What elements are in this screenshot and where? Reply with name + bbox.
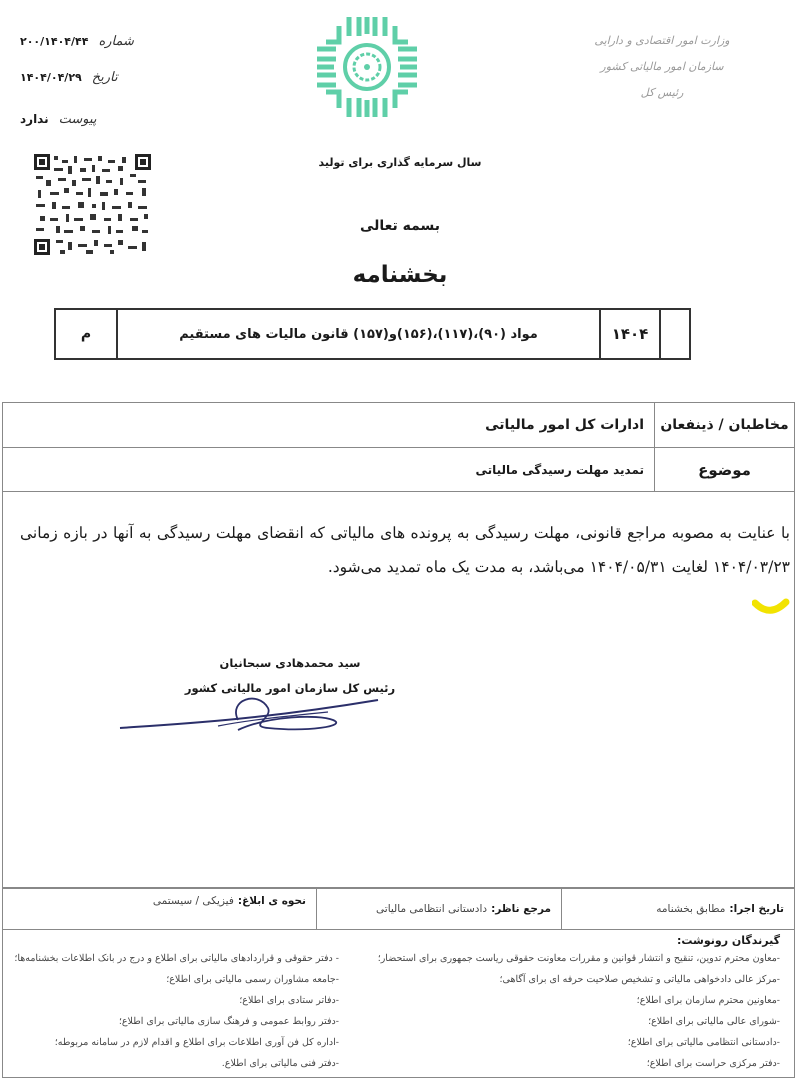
letter-attachment: پیوست ندارد [20, 108, 150, 130]
reference-year: ۱۴۰۴ [599, 310, 659, 358]
cc-item: -معاونین محترم سازمان برای اطلاع؛ [378, 990, 780, 1011]
cc-left-column: - دفتر حقوقی و قراردادهای مالیاتی برای ا… [14, 948, 339, 1074]
attachment-label: پیوست [59, 112, 97, 127]
date-value: ۱۴۰۴/۰۴/۲۹ [20, 71, 82, 84]
execution-date-cell: تاریخ اجرا: مطابق بخشنامه [561, 889, 794, 929]
supervisor-value: دادستانی انتظامی مالیاتی [376, 903, 487, 915]
number-label: شماره [98, 34, 133, 49]
reference-articles: مواد (۹۰)،(۱۱۷)،(۱۵۶)و(۱۵۷) قانون مالیات… [116, 310, 599, 358]
cc-item: - دفتر حقوقی و قراردادهای مالیاتی برای ا… [14, 948, 339, 969]
notification-cell: نحوه ی ابلاغ: فیزیکی / سیستمی [3, 889, 316, 929]
letter-date: تاریخ ۱۴۰۴/۰۴/۲۹ [20, 66, 170, 88]
highlight-mark-icon [752, 598, 790, 622]
date-label: تاریخ [92, 70, 118, 85]
cc-item: -دادستانی انتظامی مالیاتی برای اطلاع؛ [378, 1032, 780, 1053]
supervisor-label: مرجع ناظر: [491, 903, 551, 915]
cc-item: -معاون محترم تدوین، تنقیح و انتشار قوانی… [378, 948, 780, 969]
addressees-value: ادارات کل امور مالیاتی [3, 403, 654, 447]
notification-label: نحوه ی ابلاغ: [238, 895, 306, 907]
addressees-label: مخاطبان / ذینفعان [654, 403, 794, 447]
cc-item: -دفتر مرکزی حراست برای اطلاع؛ [378, 1053, 780, 1074]
cc-item: -دفتر فنی مالیاتی برای اطلاع. [14, 1053, 339, 1074]
main-content-box: مخاطبان / ذینفعان ادارات کل امور مالیاتی… [2, 402, 795, 888]
ministry-line-1: وزارت امور اقتصادی و دارایی [567, 28, 757, 54]
qr-code-icon [34, 154, 151, 255]
signature-icon [118, 690, 398, 744]
subject-value: تمدید مهلت رسیدگی مالیاتی [3, 448, 654, 491]
letter-number: شماره ۲۰۰/۱۴۰۴/۴۴ [20, 30, 170, 52]
document-type-title: بخشنامه [200, 262, 600, 288]
reference-blank-cell [659, 310, 689, 358]
supervisor-cell: مرجع ناظر: دادستانی انتظامی مالیاتی [316, 889, 561, 929]
invocation: بسمه تعالی [200, 218, 600, 234]
subject-label: موضوع [654, 448, 794, 491]
addressees-row: مخاطبان / ذینفعان ادارات کل امور مالیاتی [3, 403, 794, 448]
tax-organization-logo-icon [314, 14, 420, 120]
notification-value: فیزیکی / سیستمی [153, 895, 234, 907]
number-value: ۲۰۰/۱۴۰۴/۴۴ [20, 35, 88, 48]
cc-recipients-box: گیرندگان رونوشت: -معاون محترم تدوین، تنق… [2, 930, 795, 1078]
cc-item: -شورای عالی مالیاتی برای اطلاع؛ [378, 1011, 780, 1032]
reference-table: ۱۴۰۴ مواد (۹۰)،(۱۱۷)،(۱۵۶)و(۱۵۷) قانون م… [54, 308, 691, 360]
ministry-header: وزارت امور اقتصادی و دارایی سازمان امور … [567, 28, 757, 106]
cc-item: -اداره کل فن آوری اطلاعات برای اطلاع و ا… [14, 1032, 339, 1053]
cc-right-column: -معاون محترم تدوین، تنقیح و انتشار قوانی… [378, 948, 780, 1074]
execution-date-label: تاریخ اجرا: [729, 903, 784, 915]
cc-item: -مرکز عالی دادخواهی مالیاتی و تشخیص صلاح… [378, 969, 780, 990]
ministry-line-2: سازمان امور مالیاتی کشور [567, 54, 757, 80]
ministry-line-3: رئیس کل [567, 80, 757, 106]
reference-code: م [56, 310, 116, 358]
cc-item: -دفاتر ستادی برای اطلاع؛ [14, 990, 339, 1011]
year-slogan: سال سرمایه گذاری برای تولید [200, 156, 600, 169]
attachment-value: ندارد [20, 112, 49, 126]
cc-item: -جامعه مشاوران رسمی مالیاتی برای اطلاع؛ [14, 969, 339, 990]
circular-body-text: با عنایت به مصوبه مراجع قانونی، مهلت رسی… [20, 516, 790, 584]
subject-row: موضوع تمدید مهلت رسیدگی مالیاتی [3, 448, 794, 492]
cc-title: گیرندگان رونوشت: [677, 934, 780, 947]
cc-item: -دفتر روابط عمومی و فرهنگ سازی مالیاتی ب… [14, 1011, 339, 1032]
signatory-name: سید محمدهادی سبحانیان [180, 656, 400, 670]
execution-date-value: مطابق بخشنامه [656, 903, 725, 915]
footer-info-row: تاریخ اجرا: مطابق بخشنامه مرجع ناظر: داد… [2, 888, 795, 930]
